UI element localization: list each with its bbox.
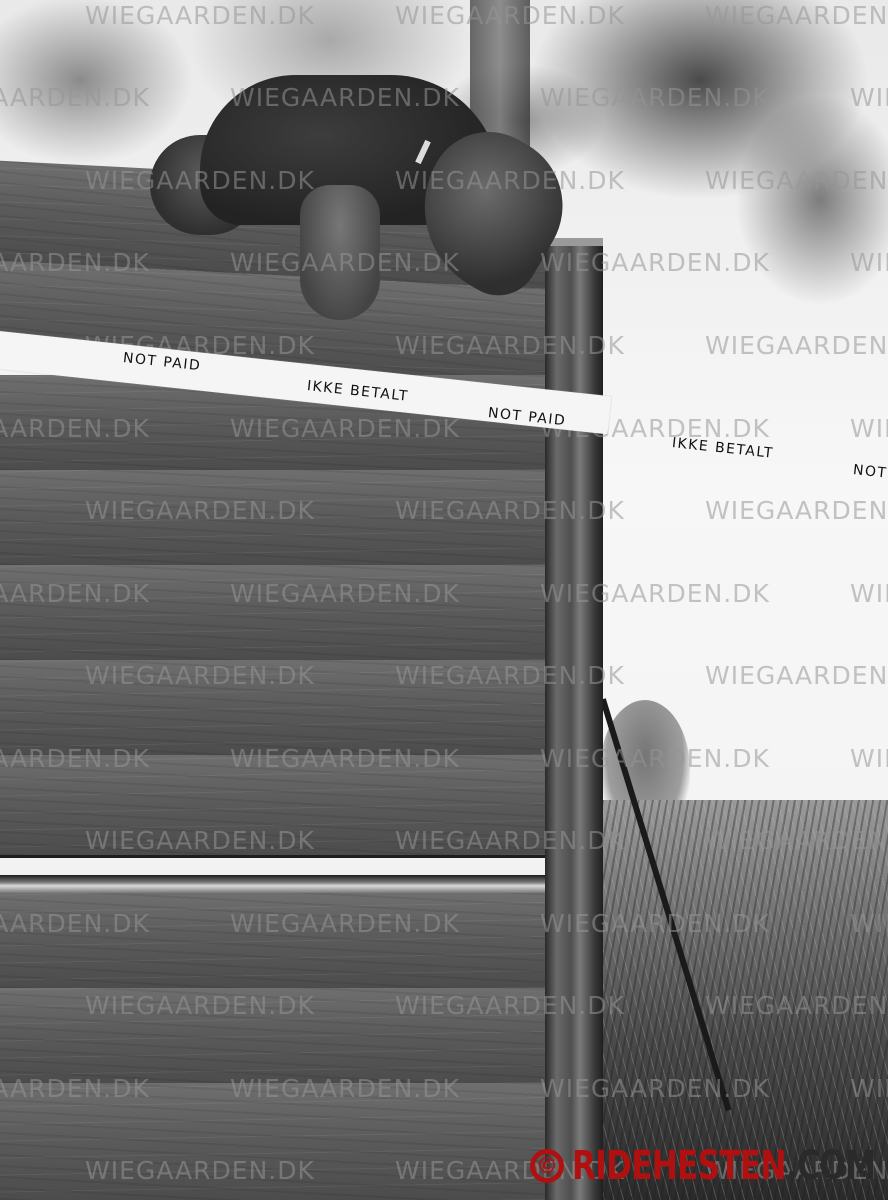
wooden-fence [0, 175, 545, 1200]
dog [150, 65, 560, 320]
copyright-tld: .COM [786, 1143, 875, 1189]
fence-plank [0, 988, 545, 1086]
dog-front-leg [300, 185, 380, 320]
fence-plank [0, 1083, 545, 1200]
fence-gap [0, 875, 545, 893]
fence-plank [0, 565, 545, 663]
fence-plank [0, 660, 545, 758]
fence-plank [0, 893, 545, 991]
copyright-brand: RIDEHESTEN [572, 1143, 786, 1189]
photo: WIEGAARDEN.DKWIEGAARDEN.DKWIEGAARDEN.DKW… [0, 0, 888, 1200]
fence-plank [0, 470, 545, 568]
fence-post [545, 240, 603, 1200]
copyright-icon: © [530, 1149, 564, 1183]
copyright-logo: © RIDEHESTEN .COM [530, 1140, 846, 1192]
fence-plank [0, 755, 545, 858]
